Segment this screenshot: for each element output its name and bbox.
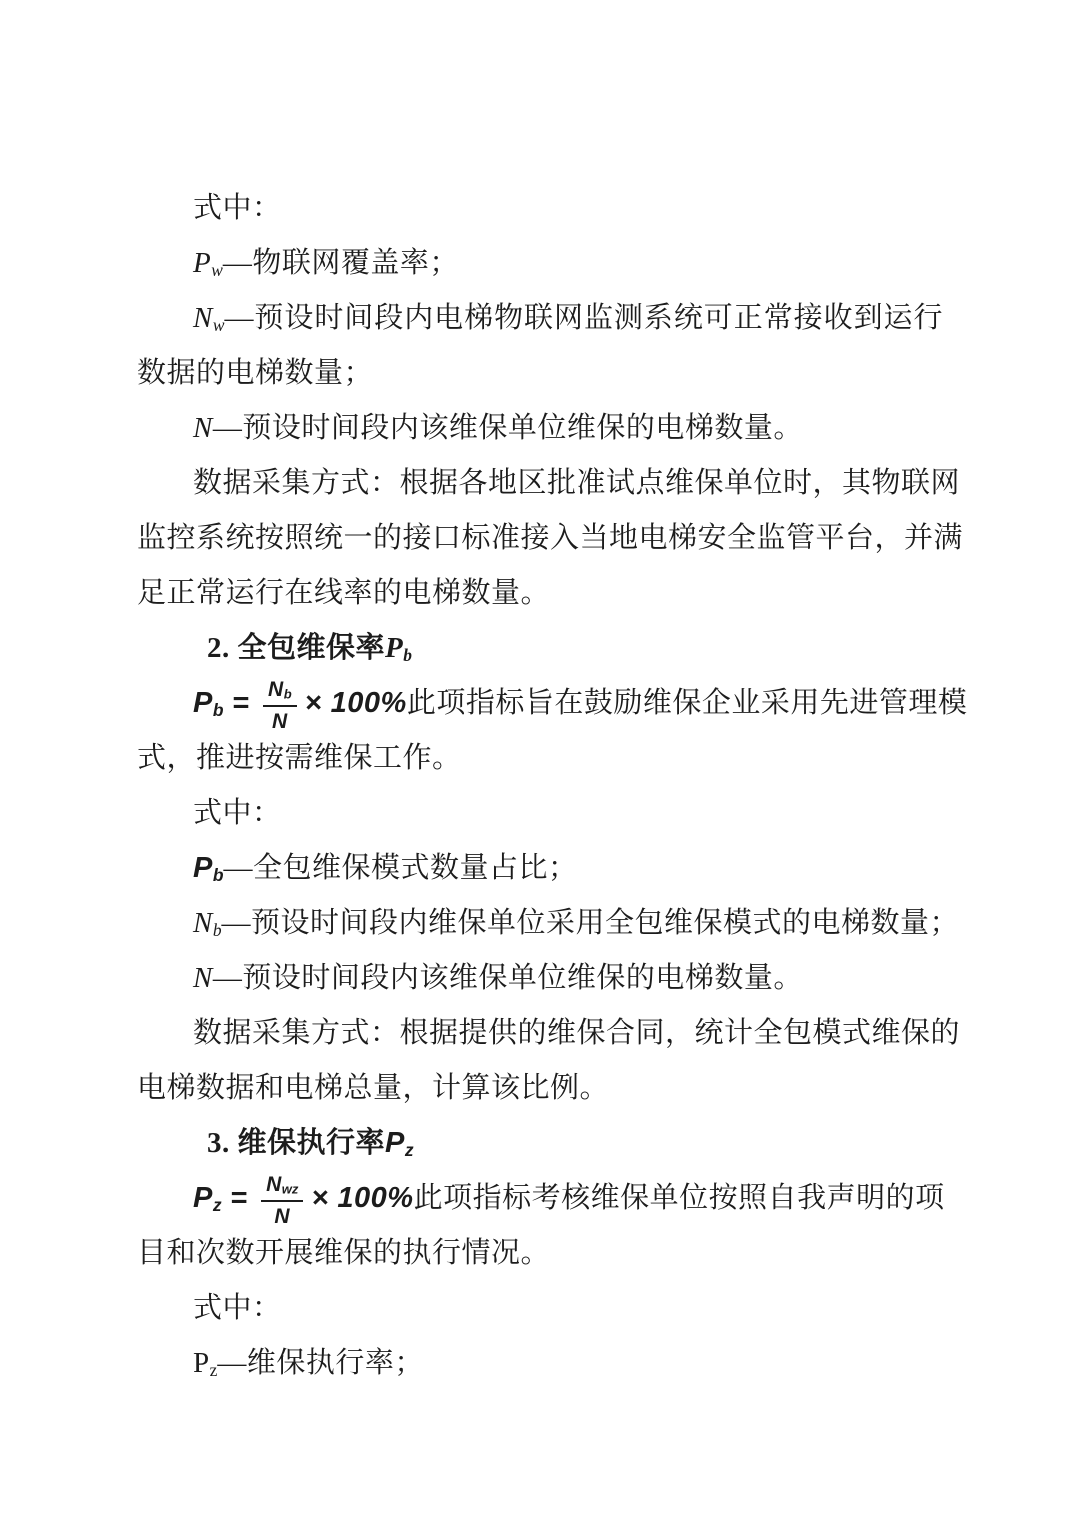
formula-where-label-1: 式中： [137, 181, 943, 236]
variable-base: P [193, 1347, 210, 1379]
text-run: —预设时间段内该维保单位维保的电梯数量。 [213, 962, 803, 994]
text-run: 数据采集方式：根据各地区批准试点维保单位时，其物联网 [193, 467, 960, 499]
variable-base: P [385, 632, 403, 664]
text-run: 此项指标考核维保单位按照自我声明的项 [414, 1182, 945, 1214]
variable-base: P [193, 1182, 213, 1214]
variable-subscript: b [213, 865, 224, 885]
text-run: 2. 全包维保率 [207, 632, 385, 664]
formula-text: × 100% [311, 1182, 413, 1214]
variable-subscript: w [211, 260, 223, 280]
variable-base: P [385, 1127, 405, 1159]
variable-subscript: z [213, 1195, 222, 1215]
variable-Pw: Pw [193, 247, 223, 279]
text-run: 足正常运行在线率的电梯数量。 [137, 577, 550, 609]
data-collection-1-line1: 数据采集方式：根据各地区批准试点维保单位时，其物联网 [137, 456, 943, 511]
variable-base: N [193, 962, 213, 994]
data-collection-2-line2: 电梯数据和电梯总量，计算该比例。 [137, 1061, 943, 1116]
variable-Pz: Pz [193, 1182, 222, 1214]
variable-base: P [193, 247, 211, 279]
var-def-nw-line2: 数据的电梯数量； [137, 346, 943, 401]
numerator-subscript: b [284, 686, 292, 701]
text-run: —预设时间段内电梯物联网监测系统可正常接收到运行 [224, 302, 943, 334]
variable-base: N [193, 302, 213, 334]
text-run: 式中： [193, 797, 282, 829]
text-run: —全包维保模式数量占比； [223, 852, 577, 884]
text-run: —物联网覆盖率； [223, 247, 459, 279]
numerator-subscript: wz [282, 1181, 299, 1196]
text-run: 式，推进按需维保工作。 [137, 742, 462, 774]
formula-pz-continuation: 目和次数开展维保的执行情况。 [137, 1226, 943, 1281]
variable-Pz: Pz [385, 1127, 414, 1159]
text-run: —预设时间段内该维保单位维保的电梯数量。 [213, 412, 803, 444]
text-run: 数据的电梯数量； [137, 357, 373, 389]
text-run: 数据采集方式：根据提供的维保合同，统计全包模式维保的 [193, 1017, 960, 1049]
text-run: —维保执行率； [217, 1347, 424, 1379]
document-body: 式中：Pw—物联网覆盖率；Nw—预设时间段内电梯物联网监测系统可正常接收到运行数… [137, 181, 943, 1391]
variable-base: P [193, 852, 213, 884]
variable-N: N [193, 412, 213, 444]
var-def-pw: Pw—物联网覆盖率； [137, 236, 943, 291]
var-def-pb: Pb—全包维保模式数量占比； [137, 841, 943, 896]
section-heading-2: 2. 全包维保率Pb [137, 621, 943, 676]
fraction-numerator: Nb [263, 677, 297, 707]
formula-text: × 100% [305, 687, 407, 719]
text-run: 式中： [193, 1292, 282, 1324]
fraction: NwzN [261, 1172, 303, 1229]
formula-text: = [223, 687, 258, 719]
var-def-n-2: N—预设时间段内该维保单位维保的电梯数量。 [137, 951, 943, 1006]
formula-pz-line: Pz = NwzN× 100%此项指标考核维保单位按照自我声明的项 [137, 1171, 943, 1226]
text-run: 监控系统按照统一的接口标准接入当地电梯安全监管平台，并满 [137, 522, 963, 554]
document-page: 式中：Pw—物联网覆盖率；Nw—预设时间段内电梯物联网监测系统可正常接收到运行数… [0, 0, 1080, 1527]
variable-N: N [193, 962, 213, 994]
text-run: 式中： [193, 192, 282, 224]
numerator-base: N [266, 1173, 282, 1196]
section-heading-3: 3. 维保执行率Pz [137, 1116, 943, 1171]
data-collection-2-line1: 数据采集方式：根据提供的维保合同，统计全包模式维保的 [137, 1006, 943, 1061]
text-run: 此项指标旨在鼓励维保企业采用先进管理模 [407, 687, 968, 719]
formula-where-label-3: 式中： [137, 1281, 943, 1336]
variable-Pb: Pb [385, 632, 412, 664]
formula-where-label-2: 式中： [137, 786, 943, 841]
var-def-nw-line1: Nw—预设时间段内电梯物联网监测系统可正常接收到运行 [137, 291, 943, 346]
variable-base: N [193, 907, 213, 939]
fraction-denominator: N [274, 1202, 290, 1229]
fraction-numerator: Nwz [261, 1172, 303, 1202]
variable-Pb: Pb [193, 687, 223, 719]
text-run: —预设时间段内维保单位采用全包维保模式的电梯数量； [222, 907, 960, 939]
numerator-base: N [268, 678, 284, 701]
var-def-n-1: N—预设时间段内该维保单位维保的电梯数量。 [137, 401, 943, 456]
text-run: 3. 维保执行率 [207, 1127, 385, 1159]
variable-subscript: b [213, 700, 224, 720]
variable-Pb: Pb [193, 852, 223, 884]
text-run: 电梯数据和电梯总量，计算该比例。 [137, 1072, 609, 1104]
formula-pb-line: Pb = NbN× 100%此项指标旨在鼓励维保企业采用先进管理模 [137, 676, 943, 731]
variable-Nb: Nb [193, 907, 222, 939]
formula-text: = [222, 1182, 257, 1214]
data-collection-1-line2: 监控系统按照统一的接口标准接入当地电梯安全监管平台，并满 [137, 511, 943, 566]
variable-subscript: b [213, 920, 222, 940]
data-collection-1-line3: 足正常运行在线率的电梯数量。 [137, 566, 943, 621]
var-def-nb: Nb—预设时间段内维保单位采用全包维保模式的电梯数量； [137, 896, 943, 951]
text-run: 目和次数开展维保的执行情况。 [137, 1237, 550, 1269]
formula-pb-continuation: 式，推进按需维保工作。 [137, 731, 943, 786]
fraction: NbN [263, 677, 297, 734]
var-def-pz: Pz—维保执行率； [137, 1336, 943, 1391]
variable-Pz: Pz [193, 1347, 217, 1379]
variable-subscript: b [403, 645, 412, 665]
variable-subscript: z [405, 1140, 414, 1160]
variable-Nw: Nw [193, 302, 224, 334]
variable-base: P [193, 687, 213, 719]
variable-base: N [193, 412, 213, 444]
fraction-denominator: N [272, 707, 288, 734]
variable-subscript: w [213, 315, 225, 335]
